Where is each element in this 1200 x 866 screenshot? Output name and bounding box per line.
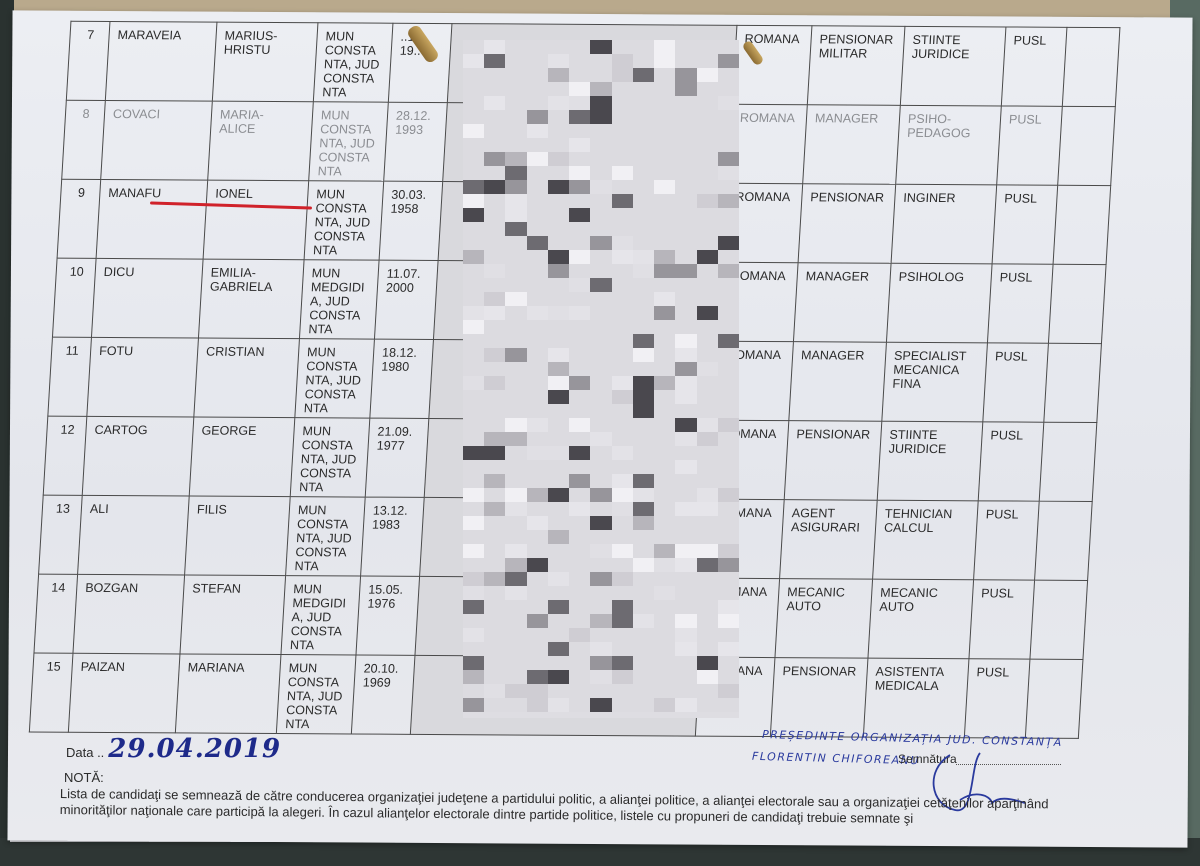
- cell-profession: INGINER: [891, 184, 997, 264]
- cell-party: PUSL: [964, 659, 1030, 738]
- cell-signature: [1025, 659, 1083, 738]
- cell-address: MUN CONSTA NTA, JUD CONSTA NTA: [276, 655, 356, 734]
- cell-address: MUN CONSTA NTA, JUD CONSTA NTA: [286, 497, 366, 576]
- cell-first-name: GEORGE: [189, 417, 295, 497]
- cell-first-name: IONEL: [203, 180, 309, 260]
- cell-last-name: ALI: [78, 495, 190, 575]
- cell-signature: [1030, 580, 1088, 659]
- date-label: Data ..: [66, 745, 104, 760]
- cell-occupation: MANAGER: [793, 263, 891, 343]
- cell-number: 14: [34, 574, 78, 653]
- cell-profession: STIINTE JURIDICE: [900, 26, 1006, 106]
- cell-first-name: CRISTIAN: [194, 338, 300, 418]
- cell-address: MUN CONSTA NTA, JUD CONSTA NTA: [295, 339, 375, 418]
- cell-profession: PSIHOLOG: [886, 263, 992, 343]
- cell-signature: [1062, 27, 1120, 106]
- cell-birth-date: 30.03. 1958: [379, 181, 443, 260]
- cell-party: PUSL: [1001, 27, 1067, 106]
- cell-first-name: MARIUS- HRISTU: [212, 22, 318, 102]
- cell-occupation: PENSIONAR: [784, 421, 882, 501]
- cell-party: PUSL: [978, 422, 1044, 501]
- cell-birth-date: 13.12. 1983: [361, 497, 425, 576]
- cell-profession: SPECIALIST MECANICA FINA: [882, 342, 988, 422]
- cell-party: PUSL: [987, 264, 1053, 343]
- cell-signature: [1048, 264, 1106, 343]
- cell-occupation: AGENT ASIGURARI: [780, 500, 878, 580]
- cell-signature: [1035, 501, 1093, 580]
- date-handwritten: 29.04.2019: [108, 734, 281, 764]
- cell-birth-date: 18.12. 1980: [370, 339, 434, 418]
- cell-last-name: CARTOG: [82, 416, 194, 496]
- cell-signature: [1058, 106, 1116, 185]
- cell-occupation: MECANIC AUTO: [775, 579, 873, 659]
- cell-last-name: FOTU: [87, 337, 199, 417]
- cell-number: 10: [52, 258, 96, 337]
- cell-profession: MECANIC AUTO: [868, 579, 974, 659]
- cell-birth-date: 11.07. 2000: [374, 260, 438, 339]
- cell-last-name: COVACI: [101, 100, 213, 180]
- cell-party: PUSL: [992, 185, 1058, 264]
- cell-last-name: BOZGAN: [73, 574, 185, 654]
- cell-party: PUSL: [997, 106, 1063, 185]
- date-field: Data ..29.04.2019: [66, 734, 281, 764]
- cell-birth-date: 28.12. 1993: [384, 102, 448, 181]
- cell-number: 7: [66, 21, 110, 100]
- cell-first-name: MARIA- ALICE: [208, 101, 314, 181]
- cell-number: 9: [57, 179, 101, 258]
- cell-occupation: MANAGER: [803, 105, 901, 185]
- redacted-pixelated-block: [463, 40, 739, 718]
- cell-address: MUN MEDGIDI A, JUD CONSTA NTA: [299, 260, 379, 339]
- cell-party: PUSL: [969, 580, 1035, 659]
- cell-first-name: MARIANA: [175, 654, 281, 734]
- cell-number: 13: [39, 495, 83, 574]
- cell-address: MUN CONSTA NTA, JUD CONSTA NTA: [313, 23, 393, 102]
- cell-number: 15: [29, 653, 73, 732]
- cell-occupation: PENSIONAR MILITAR: [807, 26, 905, 106]
- cell-address: MUN CONSTA NTA, JUD CONSTA NTA: [290, 418, 370, 497]
- cell-birth-date: 20.10. 1969: [351, 655, 415, 734]
- cell-address: MUN CONSTA NTA, JUD CONSTA NTA: [309, 102, 389, 181]
- cell-party: PUSL: [983, 343, 1049, 422]
- cell-address: MUN MEDGIDI A, JUD CONSTA NTA: [281, 576, 361, 655]
- cell-occupation: MANAGER: [789, 342, 887, 422]
- cell-last-name: MANAFU: [96, 179, 208, 259]
- cell-signature: [1039, 422, 1097, 501]
- cell-last-name: PAIZAN: [68, 653, 180, 733]
- cell-occupation: PENSIONAR: [798, 184, 896, 264]
- cell-profession: STIINTE JURIDICE: [877, 421, 983, 501]
- cell-first-name: EMILIA- GABRIELA: [198, 259, 304, 339]
- cell-address: MUN CONSTA NTA, JUD CONSTA NTA: [304, 181, 384, 260]
- cell-profession: ASISTENTA MEDICALA: [863, 658, 969, 738]
- nota-title: NOTĂ:: [64, 770, 104, 785]
- cell-first-name: STEFAN: [180, 575, 286, 655]
- cell-first-name: FILIS: [185, 496, 291, 576]
- cell-number: 11: [48, 337, 92, 416]
- cell-birth-date: 15.05. 1976: [356, 576, 420, 655]
- cell-profession: PSIHO- PEDAGOG: [896, 105, 1002, 185]
- cell-party: PUSL: [974, 501, 1040, 580]
- cell-signature: [1044, 343, 1102, 422]
- cell-number: 8: [62, 100, 106, 179]
- cell-occupation: PENSIONAR: [770, 658, 868, 738]
- cell-profession: TEHNICIAN CALCUL: [873, 500, 979, 580]
- cell-signature: [1053, 185, 1111, 264]
- cell-last-name: MARAVEIA: [105, 21, 217, 101]
- cell-citizenship: ROMANA: [728, 104, 808, 183]
- cell-birth-date: 21.09. 1977: [365, 418, 429, 497]
- cell-number: 12: [43, 416, 87, 495]
- cell-citizenship: ROMANA: [732, 25, 812, 104]
- cell-last-name: DICU: [91, 258, 203, 338]
